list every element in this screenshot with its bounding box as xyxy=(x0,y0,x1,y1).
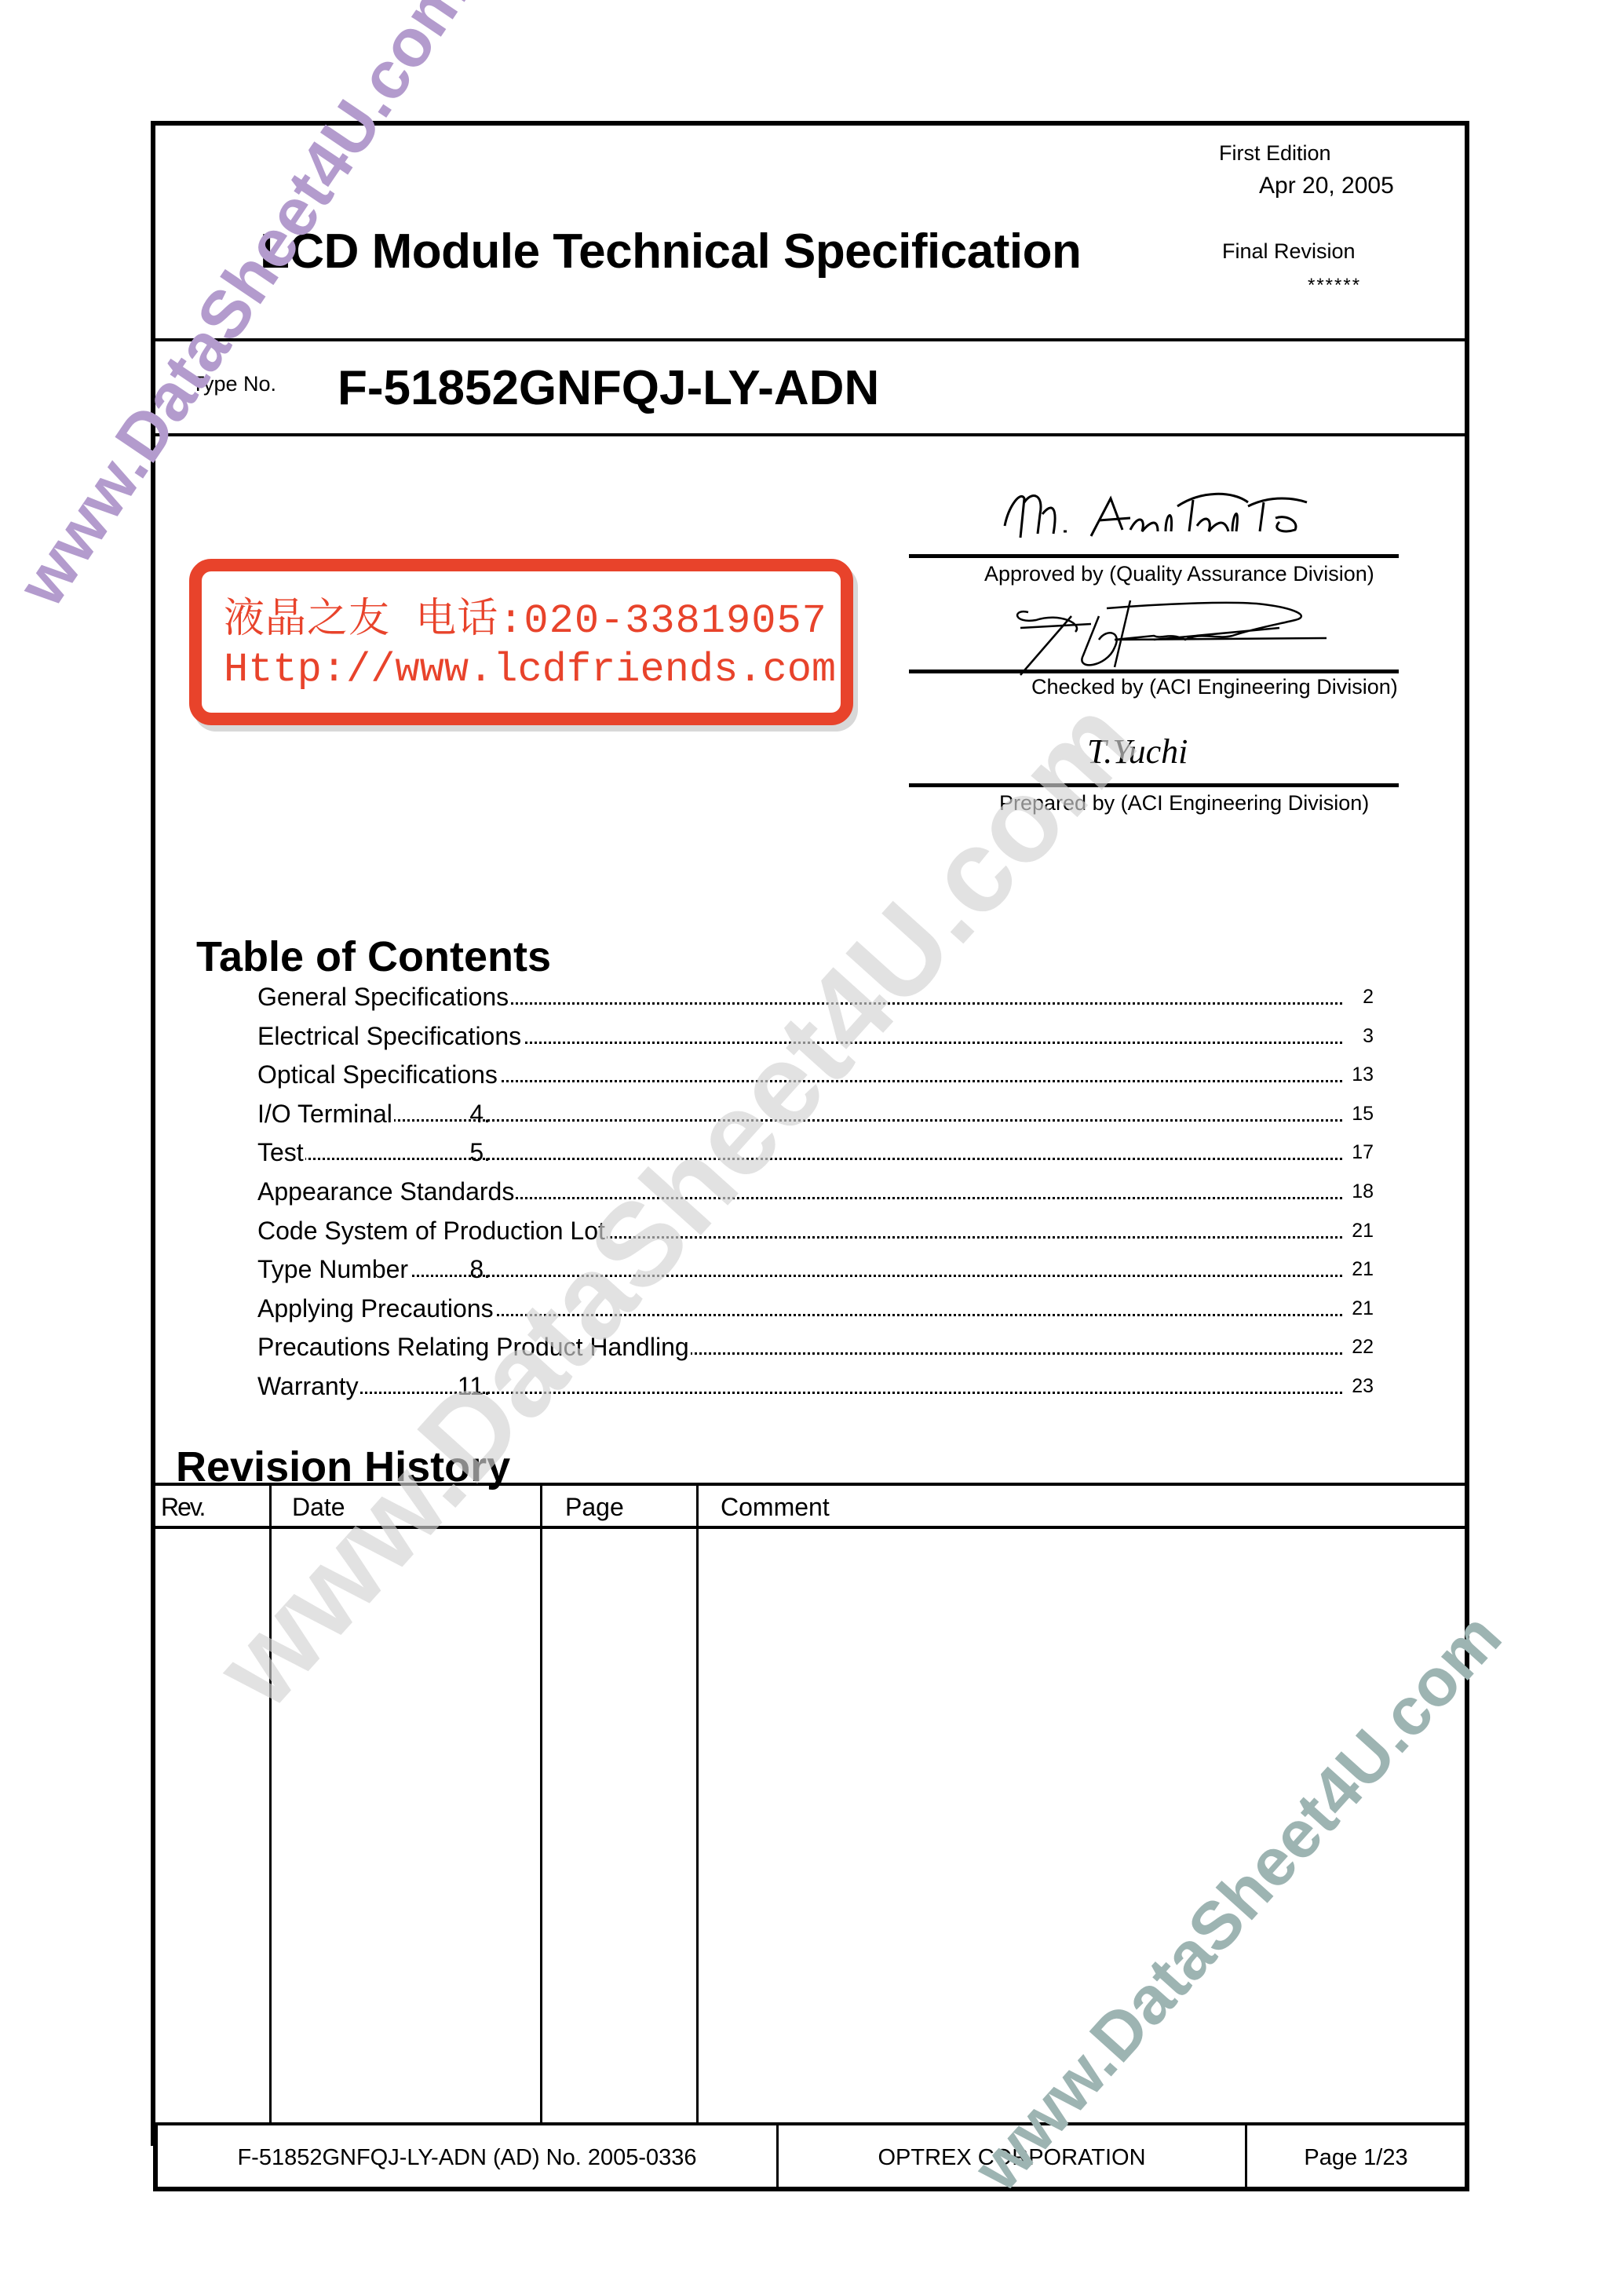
document-title: LCD Module Technical Specification xyxy=(260,228,1081,276)
toc-item-label: I/O Terminal xyxy=(257,1098,394,1129)
prepared-signature-line xyxy=(909,783,1399,787)
toc-title: Table of Contents xyxy=(196,936,551,978)
approved-signature-line xyxy=(909,554,1399,558)
toc-leader-dots xyxy=(257,1275,1342,1277)
rev-col-header-comment: Comment xyxy=(721,1494,830,1520)
toc-item[interactable]: 9. Applying Precautions 21 xyxy=(235,1293,1374,1324)
toc-item-page: 15 xyxy=(1350,1098,1374,1129)
toc-item-label: Optical Specifications xyxy=(257,1059,499,1090)
toc-item-label: Electrical Specifications xyxy=(257,1020,523,1052)
checker-signature-icon xyxy=(997,593,1358,679)
toc-item-page: 2 xyxy=(1361,981,1374,1012)
header-divider xyxy=(151,338,1469,341)
frame-left-border xyxy=(151,121,155,2146)
checked-signature-line xyxy=(909,670,1399,673)
toc-item-page: 17 xyxy=(1350,1137,1374,1168)
rev-col-divider-3 xyxy=(696,1483,699,2125)
toc-item[interactable]: 2. Electrical Specifications 3 xyxy=(235,1020,1374,1052)
stamp-url-line: Http://www.lcdfriends.com xyxy=(224,650,836,691)
toc-item-label: Type Number xyxy=(257,1253,410,1285)
toc-item[interactable]: 7. Code System of Production Lot 21 xyxy=(235,1215,1374,1246)
toc-item[interactable]: 4. I/O Terminal 15 xyxy=(235,1098,1374,1129)
footer-page-number: Page 1/23 xyxy=(1247,2147,1465,2169)
type-number: F-51852GNFQJ-LY-ADN xyxy=(338,364,879,413)
toc-item-page: 3 xyxy=(1361,1020,1374,1052)
toc-leader-dots xyxy=(257,1158,1342,1160)
toc-item-label: Test xyxy=(257,1137,305,1168)
prepared-by-caption: Prepared by (ACI Engineering Division) xyxy=(999,793,1369,814)
approver-signature-icon xyxy=(997,483,1366,545)
approved-by-caption: Approved by (Quality Assurance Division) xyxy=(984,564,1374,585)
footer-company: OPTREX CORPORATION xyxy=(779,2147,1245,2169)
watermark-top-left: www.DataSheet4U.com xyxy=(7,0,481,617)
frame-right-border xyxy=(1465,121,1469,2190)
rev-col-divider-1 xyxy=(269,1483,272,2125)
toc-item-page: 21 xyxy=(1350,1215,1374,1246)
toc-item-page: 22 xyxy=(1350,1331,1374,1363)
frame-top-border xyxy=(151,121,1469,126)
toc-item[interactable]: 8. Type Number 21 xyxy=(235,1253,1374,1285)
first-edition-label: First Edition xyxy=(1219,143,1331,164)
rev-table-top xyxy=(151,1483,1469,1486)
toc-item-number: 4. xyxy=(469,1098,491,1129)
revision-history-title: Revision History xyxy=(176,1446,510,1488)
toc-item-number: 11. xyxy=(458,1370,491,1402)
toc-item-label: Applying Precautions xyxy=(257,1293,495,1324)
checked-by-caption: Checked by (ACI Engineering Division) xyxy=(1031,677,1398,698)
toc-item-label: Code System of Production Lot xyxy=(257,1215,607,1246)
rev-col-header-page: Page xyxy=(565,1494,624,1520)
toc-item-label: Appearance Standards xyxy=(257,1176,516,1207)
toc-item[interactable]: 3. Optical Specifications 13 xyxy=(235,1059,1374,1090)
toc-leader-dots xyxy=(257,1392,1342,1394)
stamp-phone-line: 液晶之友 电话:020-33819057 xyxy=(224,601,827,642)
toc-item[interactable]: 11. Warranty 23 xyxy=(235,1370,1374,1402)
final-revision-label: Final Revision xyxy=(1222,241,1356,262)
footer-top-border xyxy=(153,2122,1469,2125)
toc-item-label: Precautions Relating Product Handling xyxy=(257,1331,691,1363)
type-number-label: Type No. xyxy=(192,374,276,395)
toc-item-label: General Specifications xyxy=(257,981,510,1012)
final-revision-value: ****** xyxy=(1308,276,1361,295)
toc-item-page: 18 xyxy=(1350,1176,1374,1207)
rev-col-divider-2 xyxy=(540,1483,542,2125)
rev-col-header-rev: Rev. xyxy=(161,1494,204,1520)
toc-item-number: 8. xyxy=(469,1253,491,1285)
toc-item-label: Warranty xyxy=(257,1370,360,1402)
lcdfriends-stamp: 液晶之友 电话:020-33819057 Http://www.lcdfrien… xyxy=(189,559,853,725)
first-edition-date: Apr 20, 2005 xyxy=(1259,174,1394,198)
rev-col-header-date: Date xyxy=(292,1494,345,1520)
watermark-bottom-right: www.DataSheet4U.com xyxy=(962,1602,1513,2202)
toc-item-page: 23 xyxy=(1350,1370,1374,1402)
toc-item[interactable]: 1. General Specifications 2 xyxy=(235,981,1374,1012)
toc-item-number: 5. xyxy=(469,1137,491,1168)
type-divider xyxy=(151,433,1469,436)
rev-table-header-bottom xyxy=(151,1526,1469,1529)
preparer-signature: T.Yuchi xyxy=(1087,735,1188,769)
toc-item-page: 13 xyxy=(1350,1059,1374,1090)
toc-leader-dots xyxy=(257,1119,1342,1122)
footer-bottom-border xyxy=(153,2187,1469,2191)
toc-item-page: 21 xyxy=(1350,1253,1374,1285)
toc-item[interactable]: 6. Appearance Standards 18 xyxy=(235,1176,1374,1207)
footer-doc-number: F-51852GNFQJ-LY-ADN (AD) No. 2005-0336 xyxy=(158,2147,776,2169)
toc-item[interactable]: 10. Precautions Relating Product Handlin… xyxy=(235,1331,1374,1363)
toc-item-page: 21 xyxy=(1350,1293,1374,1324)
toc-item[interactable]: 5. Test 17 xyxy=(235,1137,1374,1168)
